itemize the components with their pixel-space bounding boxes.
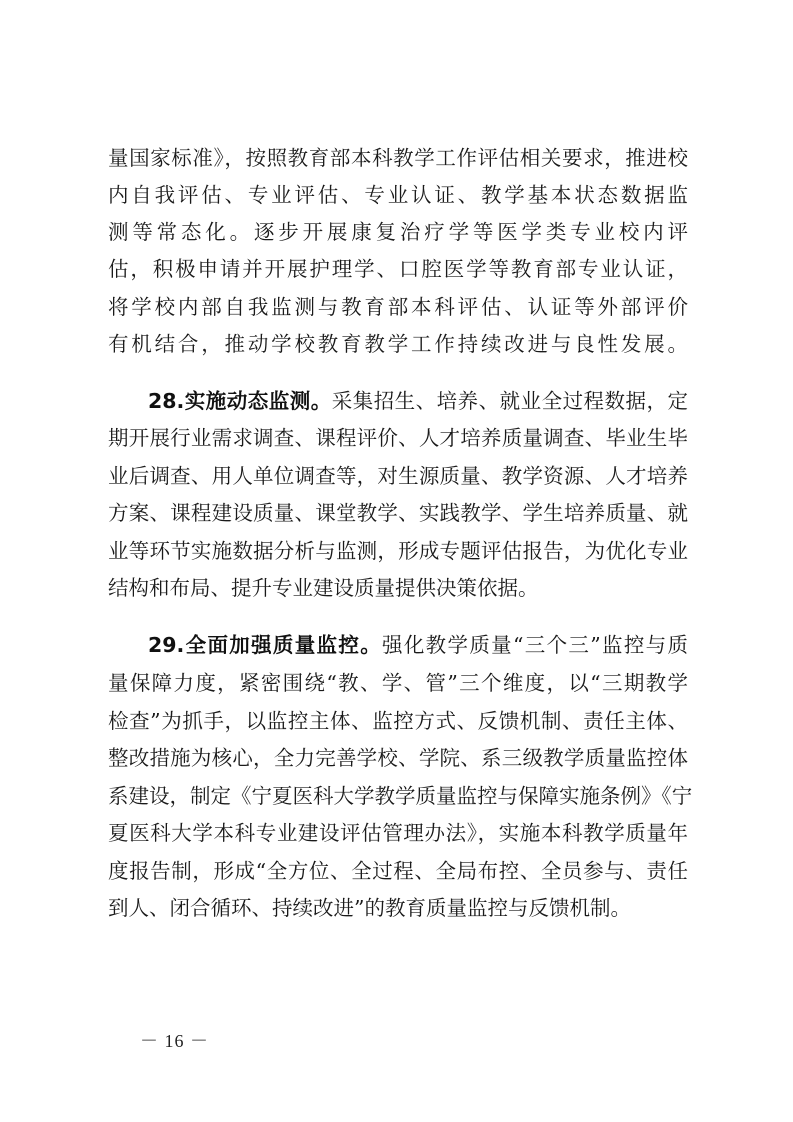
text-line: 量保障力度，紧密围绕“教、学、管”三个维度，以“三期教学 bbox=[108, 665, 688, 702]
text-line: 测等常态化。逐步开展康复治疗学等医学类专业校内评 bbox=[108, 214, 688, 251]
text-line: 有机结合，推动学校教育教学工作持续改进与良性发展。 bbox=[108, 326, 688, 363]
section-28-heading: 28.实施动态监测。 bbox=[148, 389, 332, 413]
text-line: 度报告制，形成“全方位、全过程、全局布控、全员参与、责任 bbox=[108, 853, 688, 890]
text-line: 夏医科大学本科专业建设评估管理办法》，实施本科教学质量年 bbox=[108, 815, 688, 852]
page-number: － 16 － bbox=[140, 1027, 209, 1053]
text-line: 量国家标准》，按照教育部本科教学工作评估相关要求，推进校 bbox=[108, 140, 688, 177]
section-29-first-line: 29.全面加强质量监控。强化教学质量“三个三”监控与质 bbox=[148, 627, 688, 664]
section-28-first-line: 28.实施动态监测。采集招生、培养、就业全过程数据，定 bbox=[148, 383, 688, 420]
section-28-text: 采集招生、培养、就业全过程数据，定 bbox=[332, 389, 688, 413]
text-line: 将学校内部自我监测与教育部本科评估、认证等外部评价 bbox=[108, 289, 688, 326]
text-line: 业等环节实施数据分析与监测，形成专题评估报告，为优化专业 bbox=[108, 533, 688, 570]
text-line: 估，积极申请并开展护理学、口腔医学等教育部专业认证， bbox=[108, 251, 688, 288]
text-line: 结构和布局、提升专业建设质量提供决策依据。 bbox=[108, 570, 688, 607]
text-line: 期开展行业需求调查、课程评价、人才培养质量调查、毕业生毕 bbox=[108, 420, 688, 457]
document-page: 量国家标准》，按照教育部本科教学工作评估相关要求，推进校 内自我评估、专业评估、… bbox=[0, 0, 793, 1122]
text-line: 系建设，制定《宁夏医科大学教学质量监控与保障实施条例》《宁 bbox=[108, 778, 688, 815]
section-29-heading: 29.全面加强质量监控。 bbox=[148, 633, 382, 657]
section-29-text: 强化教学质量“三个三”监控与质 bbox=[382, 633, 688, 657]
text-line: 检查”为抓手，以监控主体、监控方式、反馈机制、责任主体、 bbox=[108, 703, 688, 740]
text-line: 整改措施为核心，全力完善学校、学院、系三级教学质量监控体 bbox=[108, 740, 688, 777]
text-line: 到人、闭合循环、持续改进”的教育质量监控与反馈机制。 bbox=[108, 890, 688, 927]
text-line: 内自我评估、专业评估、专业认证、教学基本状态数据监 bbox=[108, 177, 688, 214]
text-line: 业后调查、用人单位调查等，对生源质量、教学资源、人才培养 bbox=[108, 458, 688, 495]
text-line: 方案、课程建设质量、课堂教学、实践教学、学生培养质量、就 bbox=[108, 495, 688, 532]
